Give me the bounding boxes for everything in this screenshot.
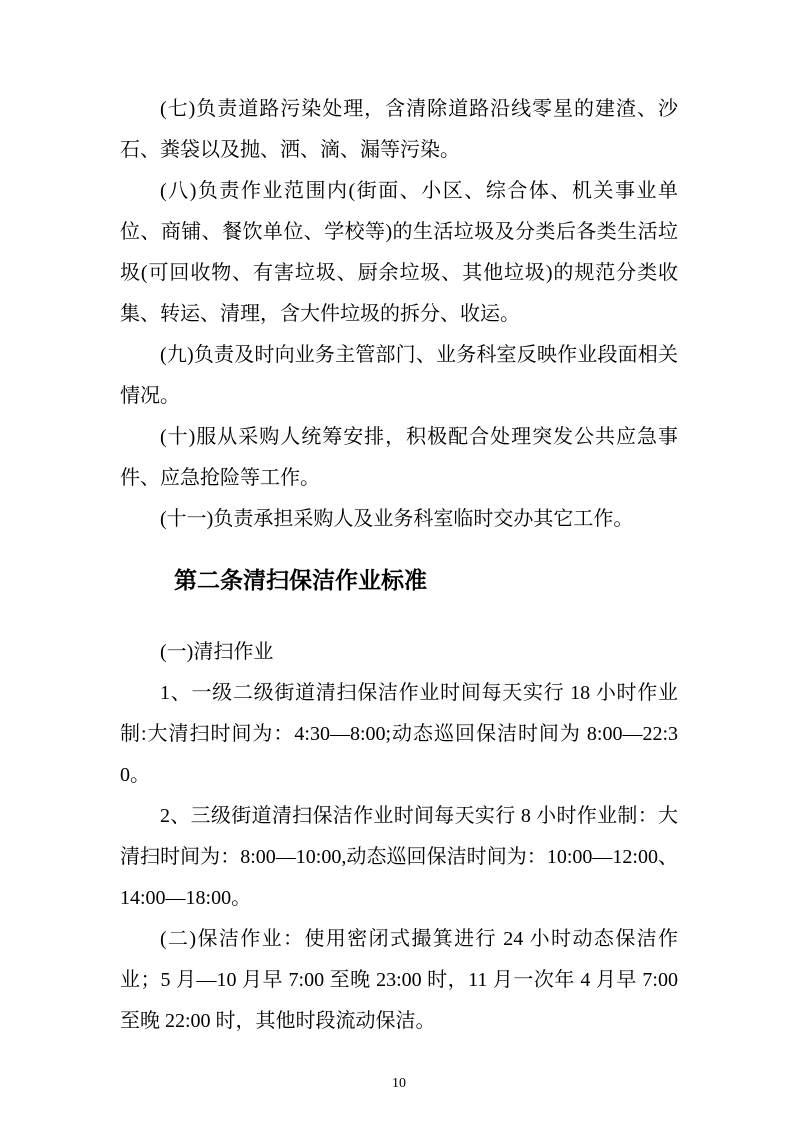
paragraph-cleaning-work: (二)保洁作业：使用密闭式撮箕进行 24 小时动态保洁作业；5 月—10 月早 … (120, 919, 678, 1042)
paragraph-item-7: (七)负责道路污染处理，含清除道路沿线零星的建渣、沙石、粪袋以及抛、洒、滴、漏等… (120, 89, 678, 171)
paragraph-sweep-work-title: (一)清扫作业 (120, 632, 678, 673)
paragraph-item-11: (十一)负责承担采购人及业务科室临时交办其它工作。 (120, 499, 678, 540)
page-footer: 10 (120, 1074, 678, 1094)
paragraph-item-8: (八)负责作业范围内(街面、小区、综合体、机关事业单位、商铺、餐饮单位、学校等)… (120, 171, 678, 335)
paragraph-sweep-item-1: 1、一级二级街道清扫保洁作业时间每天实行 18 小时作业制:大清扫时间为：4:3… (120, 673, 678, 796)
paragraph-item-10: (十)服从采购人统筹安排，积极配合处理突发公共应急事件、应急抢险等工作。 (120, 417, 678, 499)
paragraph-sweep-item-2: 2、三级街道清扫保洁作业时间每天实行 8 小时作业制：大清扫时间为：8:00—1… (120, 796, 678, 919)
section-heading: 第二条清扫保洁作业标准 (120, 560, 678, 601)
paragraph-item-9: (九)负责及时向业务主管部门、业务科室反映作业段面相关情况。 (120, 335, 678, 417)
document-page: (七)负责道路污染处理，含清除道路沿线零星的建渣、沙石、粪袋以及抛、洒、滴、漏等… (0, 0, 793, 1122)
page-number: 10 (392, 1076, 406, 1091)
document-body: (七)负责道路污染处理，含清除道路沿线零星的建渣、沙石、粪袋以及抛、洒、滴、漏等… (120, 89, 678, 1042)
